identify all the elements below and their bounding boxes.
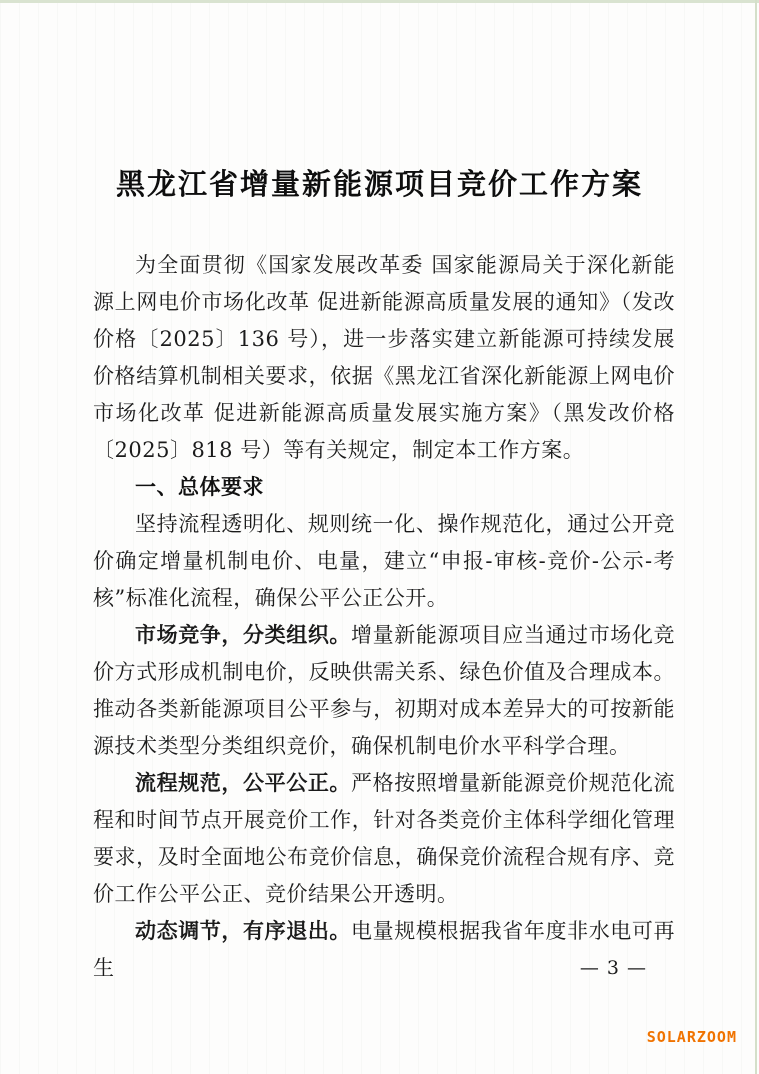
page-edge-right [755, 0, 757, 1074]
paragraph-preamble: 为全面贯彻《国家发展改革委 国家能源局关于深化新能源上网电价市场化改革 促进新能… [93, 247, 675, 469]
document-body: 为全面贯彻《国家发展改革委 国家能源局关于深化新能源上网电价市场化改革 促进新能… [93, 247, 675, 987]
page-number: — 3 — [580, 956, 647, 980]
paragraph-market-competition: 市场竞争，分类组织。增量新能源项目应当通过市场化竞价方式形成机制电价，反映供需关… [93, 617, 675, 765]
paragraph-lead-dynamic-adjustment: 动态调节，有序退出。 [135, 919, 351, 943]
paragraph-lead-process-fairness: 流程规范，公平公正。 [135, 771, 351, 795]
scanned-document-page: 黑龙江省增量新能源项目竞价工作方案 为全面贯彻《国家发展改革委 国家能源局关于深… [0, 0, 759, 1074]
paragraph-process-fairness: 流程规范，公平公正。严格按照增量新能源竞价规范化流程和时间节点开展竞价工作，针对… [93, 765, 675, 913]
page-edge-top [0, 0, 759, 3]
section-heading-overall-requirements: 一、总体要求 [93, 469, 675, 506]
solarzoom-watermark: SOLARZOOM [647, 1028, 737, 1046]
paragraph-lead-market-competition: 市场竞争，分类组织。 [135, 623, 351, 647]
document-title: 黑龙江省增量新能源项目竞价工作方案 [0, 166, 759, 202]
paragraph-principles: 坚持流程透明化、规则统一化、操作规范化，通过公开竞价确定增量机制电价、电量，建立… [93, 506, 675, 617]
